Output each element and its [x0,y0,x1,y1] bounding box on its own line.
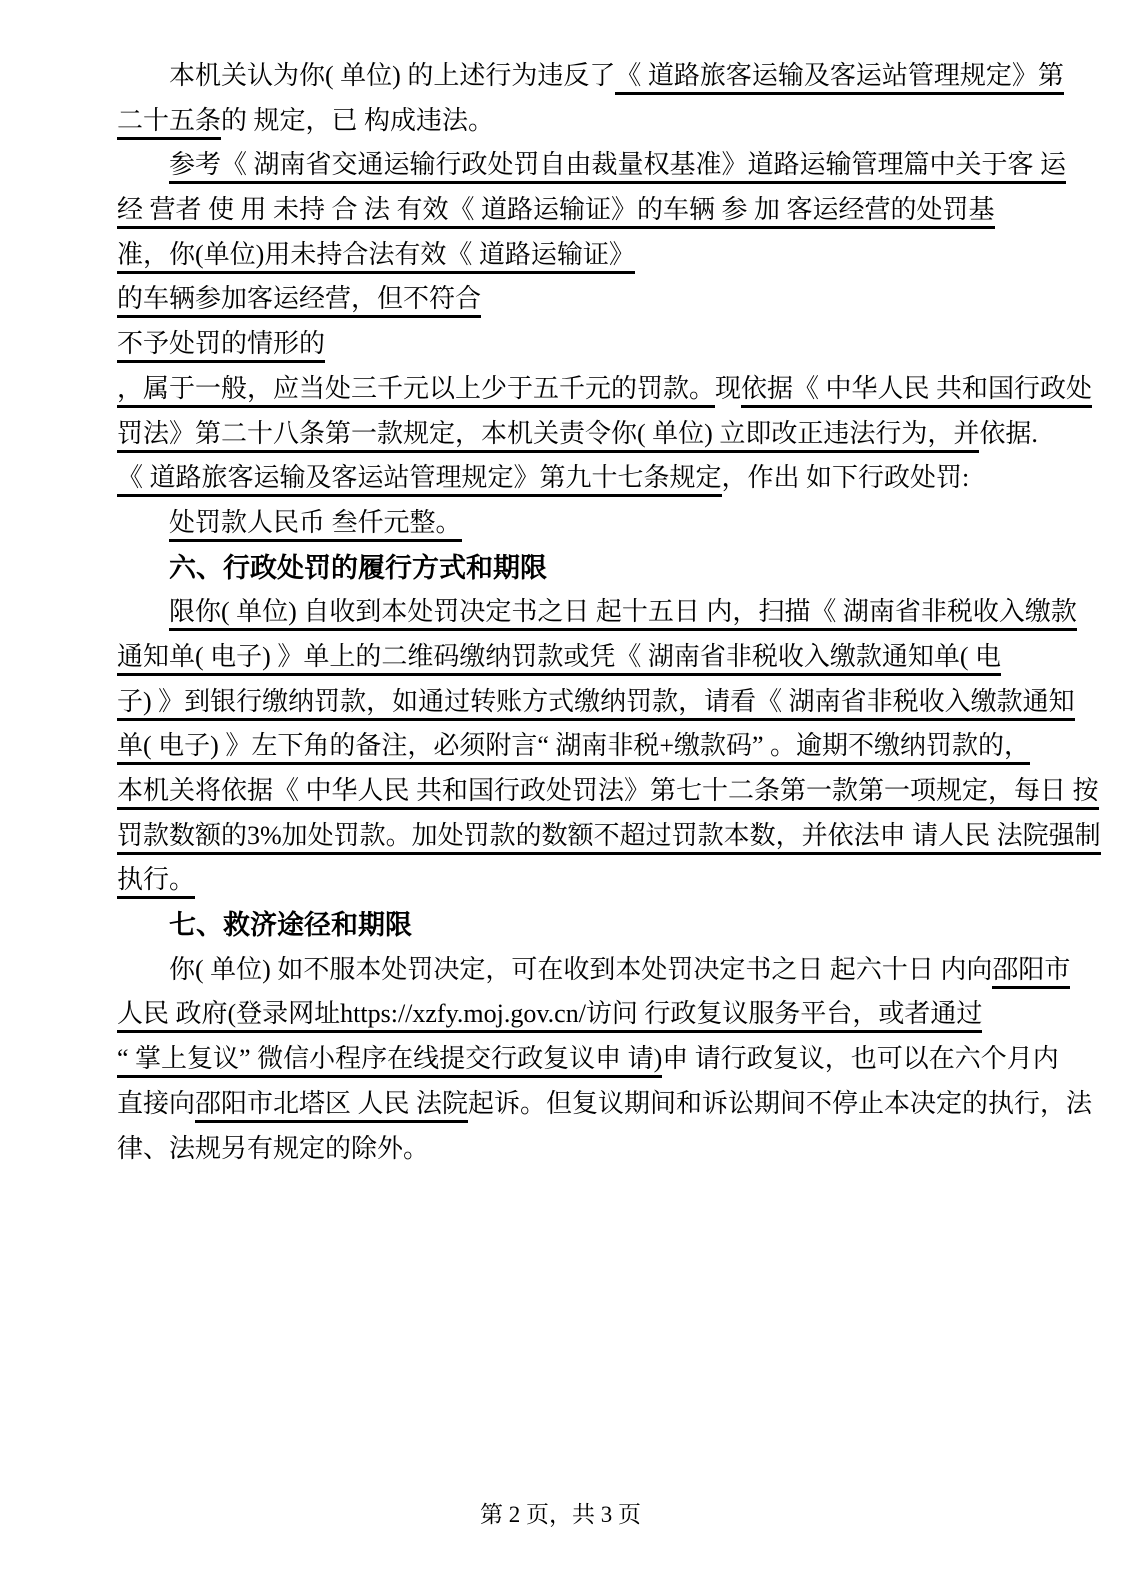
underlined-text-run: 不予处罚的情形的 [117,329,325,363]
text-line: 人民 政府(登录网址https://xzfy.moj.gov.cn/访问 行政复… [117,992,1057,1037]
text-line: ，属于一般，应当处三千元以上少于五千元的罚款。现依据《 中华人民 共和国行政处 [117,367,1057,412]
underlined-text-run: 本机关将依据《 中华人民 共和国行政处罚法》第七十二条第一款第一项规定，每日 按 [117,776,1099,810]
text-line: 律、法规另有规定的除外。 [117,1127,1057,1172]
underlined-text-run: 子) 》到银行缴纳罚款，如通过转账方式缴纳罚款，请看《 湖南省非税收入缴款通知 [117,687,1075,721]
text-line: 罚款数额的3%加处罚款。加处罚款的数额不超过罚款本数，并依法申 请人民 法院强制 [117,814,1057,859]
underlined-text-run: 《 道路旅客运输及客运站管理规定》第 [615,61,1064,95]
text-line: 限你( 单位) 自收到本处罚决定书之日 起十五日 内，扫描《 湖南省非税收入缴款 [117,590,1057,635]
underlined-text-run: 《 道路旅客运输及客运站管理规定》第九十七条规定 [117,463,722,497]
text-run: 直接向 [117,1089,195,1118]
underlined-text-run: 依据《 中华人民 共和国行政处 [741,374,1092,408]
text-run: 本机关认为你( 单位) 的上述行为违反了 [169,61,615,90]
text-run: 六、行政处罚的履行方式和期限 [169,553,547,583]
text-run: 起诉。但复议期间和诉讼期间不停止本决定的执行，法 [468,1089,1092,1118]
document-body: 本机关认为你( 单位) 的上述行为违反了《 道路旅客运输及客运站管理规定》第二十… [117,54,1057,1171]
text-line: 子) 》到银行缴纳罚款，如通过转账方式缴纳罚款，请看《 湖南省非税收入缴款通知 [117,680,1057,725]
underlined-text-run: 邵阳市北塔区 人民 法院 [195,1089,468,1123]
underlined-text-run: 的车辆参加客运经营，但不符合 [117,284,481,318]
text-line: 通知单( 电子) 》单上的二维码缴纳罚款或凭《 湖南省非税收入缴款通知单( 电 [117,635,1057,680]
text-line: 本机关将依据《 中华人民 共和国行政处罚法》第七十二条第一款第一项规定，每日 按 [117,769,1057,814]
text-line: 直接向邵阳市北塔区 人民 法院起诉。但复议期间和诉讼期间不停止本决定的执行，法 [117,1082,1057,1127]
underlined-text-run: 处罚款人民币 叁仟元整。 [169,508,462,542]
text-line: 执行。 [117,858,1057,903]
text-line: 《 道路旅客运输及客运站管理规定》第九十七条规定，作出 如下行政处罚: [117,456,1057,501]
underlined-text-run: 罚法》第二十八条第一款规定，本机关责令你( 单位) 立即改正违法行为，并 [117,419,979,453]
text-run: 现 [715,374,741,403]
text-run: 你( 单位) 如不服本处罚决定，可在收到本处罚决定书之日 起六十日 内向 [169,955,992,984]
text-run: 申 请行政复议，也可以在六个月内 [662,1044,1059,1073]
text-line: 经 营者 使 用 未持 合 法 有效《 道路运输证》的车辆 参 加 客运经营的处… [117,188,1057,233]
page-number-label: 第 2 页，共 3 页 [480,1502,641,1527]
underlined-text-run: 经 营者 使 用 未持 合 法 有效《 道路运输证》的车辆 参 加 客运经营的处… [117,195,995,229]
underlined-text-run: 参考《 湖南省交通运输行政处罚自由裁量权基准》道路运输管理篇中关于客 运 [169,150,1066,184]
underlined-text-run: 二十五条 [117,106,221,140]
text-line: 参考《 湖南省交通运输行政处罚自由裁量权基准》道路运输管理篇中关于客 运 [117,143,1057,188]
text-run: . [1031,419,1038,448]
underlined-text-run: ，属于一般，应当处三千元以上少于五千元的罚款。 [117,374,715,408]
text-line: 单( 电子) 》左下角的备注，必须附言“ 湖南非税+缴款码” 。逾期不缴纳罚款的… [117,724,1057,769]
text-run: ，作出 如下行政处罚: [722,463,970,492]
underlined-text-run: 人民 政府(登录网址https://xzfy.moj.gov.cn/访问 行政复… [117,999,982,1033]
section-heading: 六、行政处罚的履行方式和期限 [117,546,1057,591]
text-line: 准，你(单位)用未持合法有效《 道路运输证》 [117,233,1057,278]
text-run: 依据 [979,419,1031,448]
underlined-text-run: “ 掌上复议” 微信小程序在线提交行政复议申 请) [117,1044,662,1078]
text-line: “ 掌上复议” 微信小程序在线提交行政复议申 请)申 请行政复议，也可以在六个月… [117,1037,1057,1082]
text-line: 二十五条的 规定，已 构成违法。 [117,99,1057,144]
underlined-text-run: 通知单( 电子) 》单上的二维码缴纳罚款或凭《 湖南省非税收入缴款通知单( 电 [117,642,1001,676]
underlined-text-run: 邵阳市 [992,955,1070,989]
text-line: 罚法》第二十八条第一款规定，本机关责令你( 单位) 立即改正违法行为，并依据. [117,412,1057,457]
text-line: 处罚款人民币 叁仟元整。 [117,501,1057,546]
document-page: 本机关认为你( 单位) 的上述行为违反了《 道路旅客运输及客运站管理规定》第二十… [0,0,1121,1583]
underlined-text-run: 限你( 单位) 自收到本处罚决定书之日 起十五日 内，扫描《 湖南省非税收入缴款 [169,597,1077,631]
text-run: 的 规定，已 构成违法。 [221,106,494,135]
underlined-text-run: 单( 电子) 》左下角的备注，必须附言“ 湖南非税+缴款码” 。逾期不缴纳罚款的… [117,731,1030,765]
underlined-text-run: 执行。 [117,865,195,899]
section-heading: 七、救济途径和期限 [117,903,1057,948]
underlined-text-run: 罚款数额的3%加处罚款。加处罚款的数额不超过罚款本数，并依法申 请人民 法院强制 [117,821,1101,855]
page-footer: 第 2 页，共 3 页 [0,1496,1121,1529]
text-run: 律、法规另有规定的除外。 [117,1134,429,1163]
text-run: 七、救济途径和期限 [169,910,412,940]
text-line: 本机关认为你( 单位) 的上述行为违反了《 道路旅客运输及客运站管理规定》第 [117,54,1057,99]
text-line: 的车辆参加客运经营，但不符合 [117,277,1057,322]
text-line: 你( 单位) 如不服本处罚决定，可在收到本处罚决定书之日 起六十日 内向邵阳市 [117,948,1057,993]
text-line: 不予处罚的情形的 [117,322,1057,367]
underlined-text-run: 准，你(单位)用未持合法有效《 道路运输证》 [117,240,635,274]
